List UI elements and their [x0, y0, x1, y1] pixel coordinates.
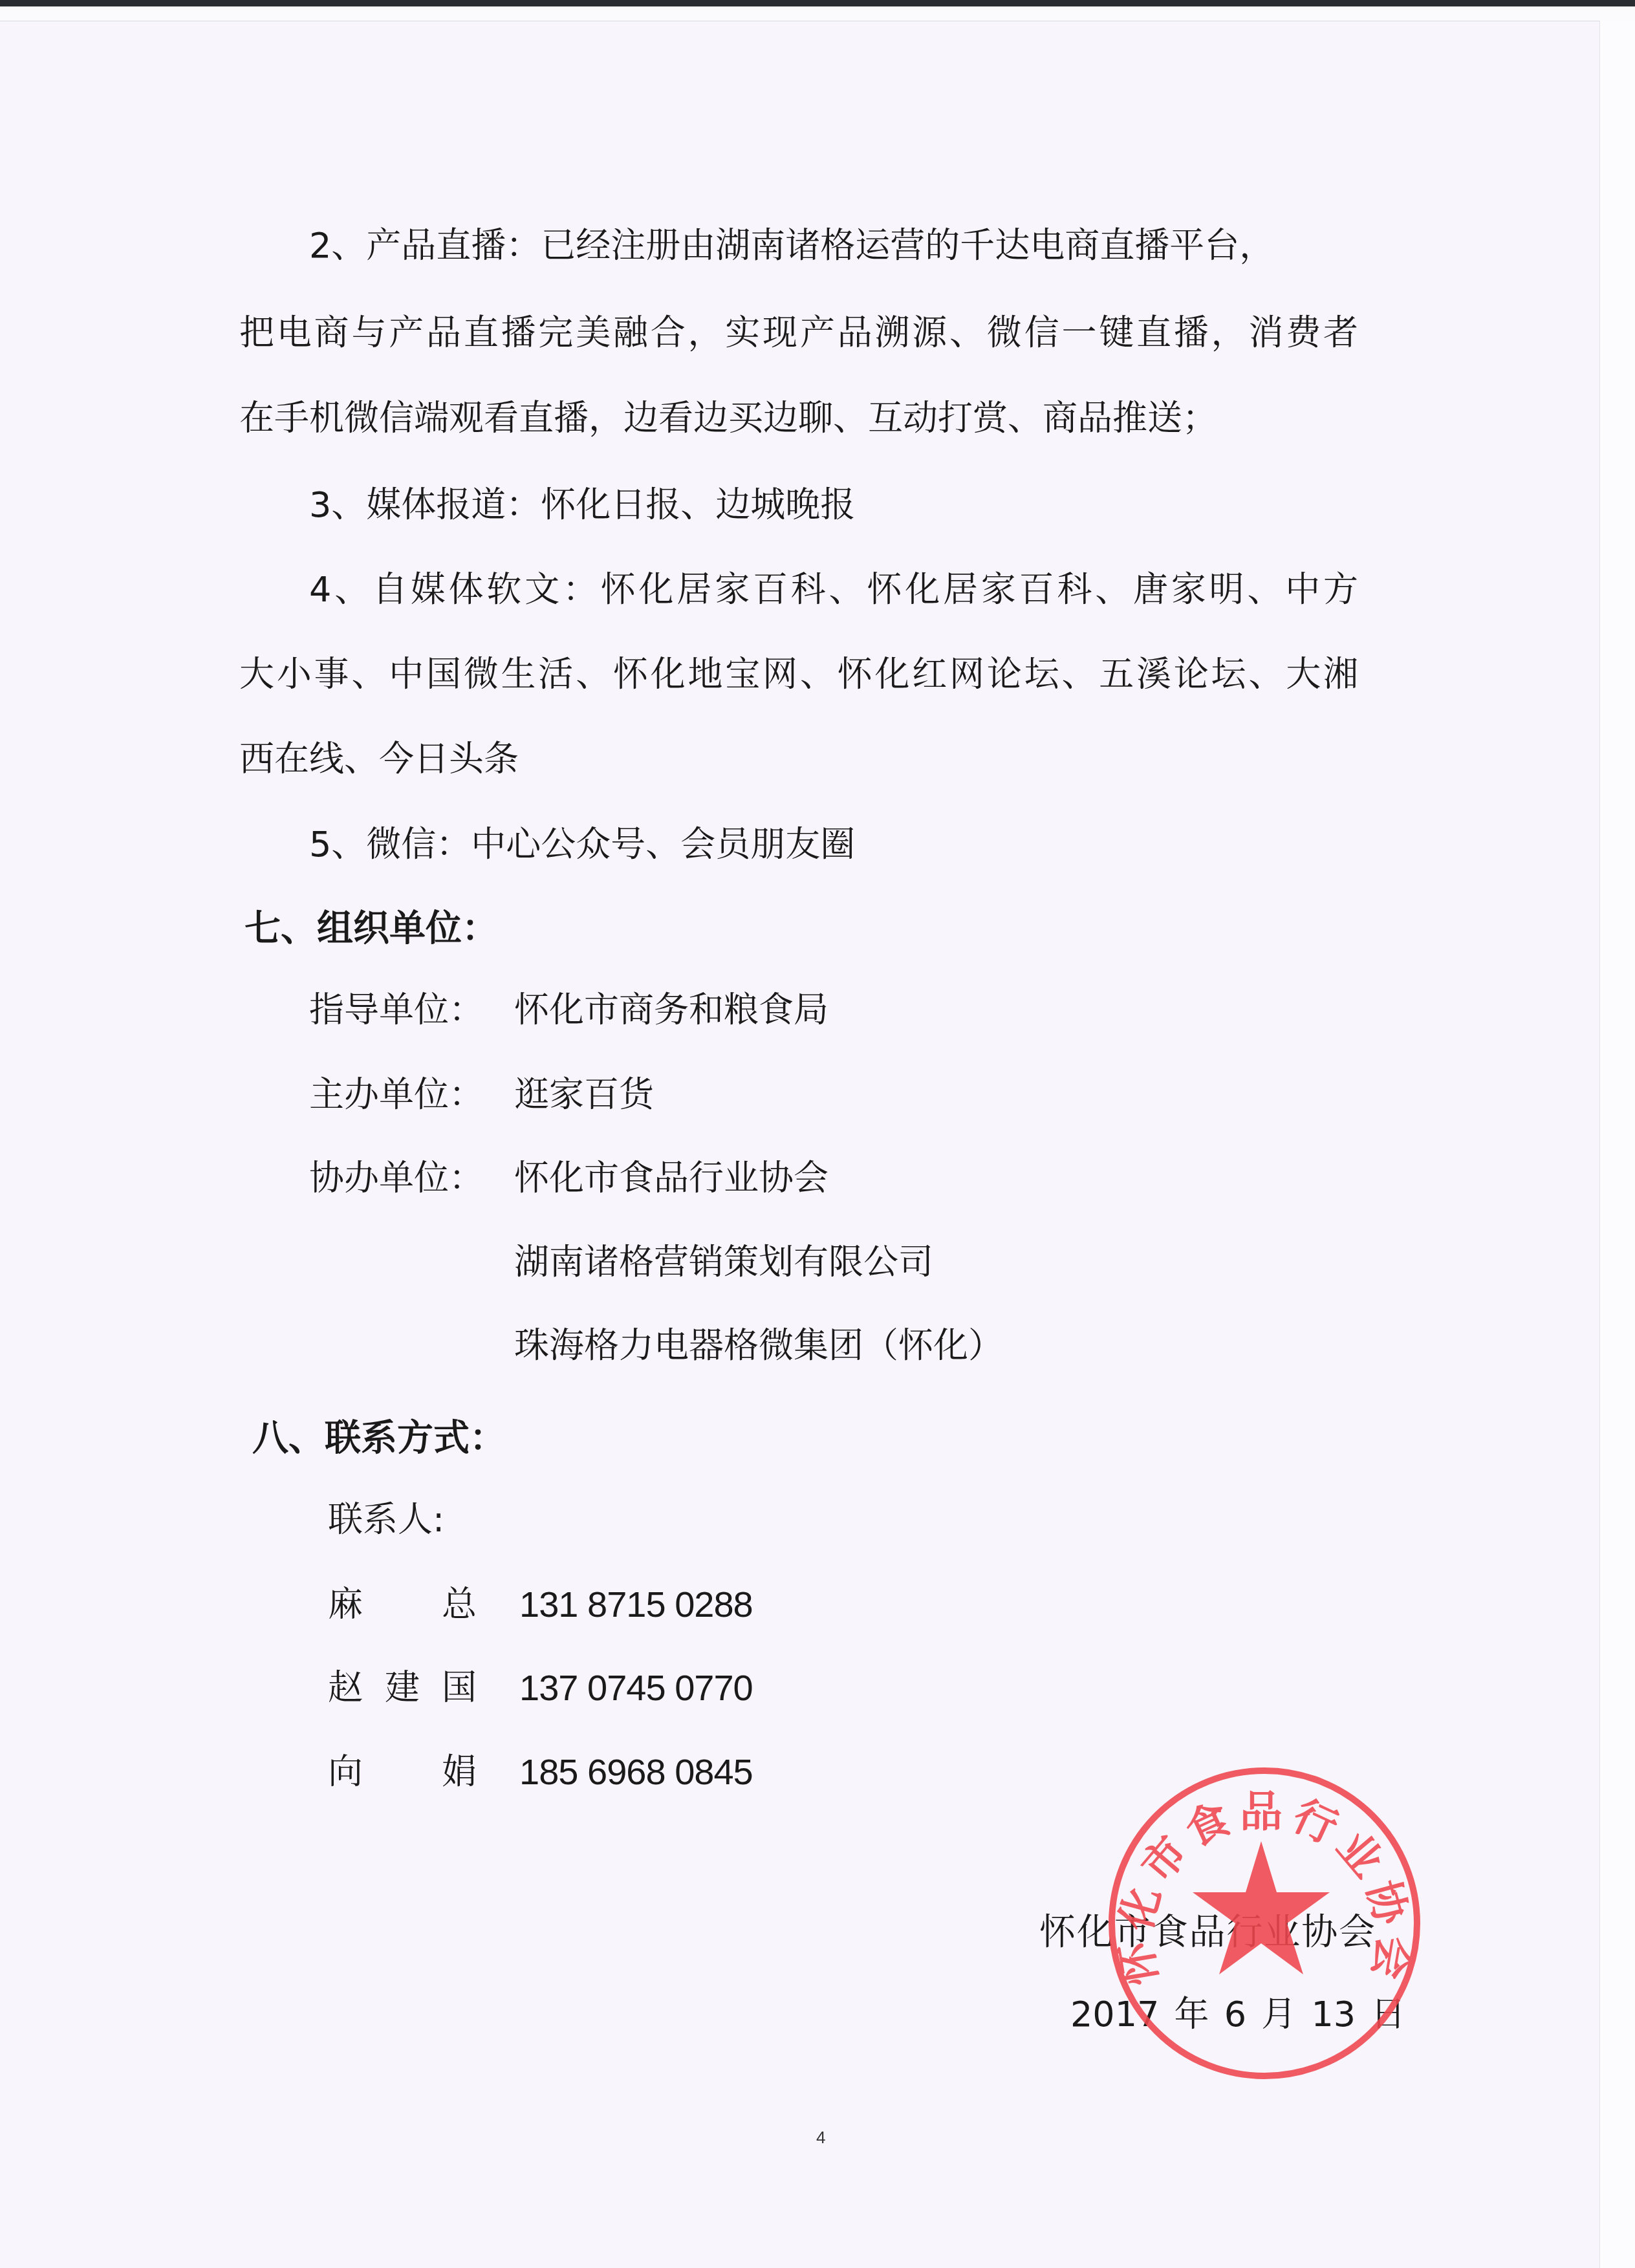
contact-phone: 137 0745 0770	[519, 1665, 753, 1711]
co-unit-value: 珠海格力电器格微集团（怀化）	[514, 1323, 1003, 1368]
item4-line2: 大小事、中国微生活、怀化地宝网、怀化红网论坛、五溪论坛、大湘	[239, 652, 1358, 697]
contacts-label: 联系人:	[328, 1497, 444, 1542]
page-number: 4	[816, 2128, 825, 2148]
signature-date: 2017 年 6 月 13 日	[1070, 1992, 1357, 2037]
item4-line1: 4、自媒体软文：怀化居家百科、怀化居家百科、唐家明、中方	[309, 567, 1358, 612]
contact-name: 赵建国	[328, 1665, 477, 1711]
co-unit-value: 怀化市食品行业协会	[514, 1156, 828, 1201]
host-unit-label: 主办单位：	[309, 1072, 484, 1118]
signature-organization: 怀化市食品行业协会	[1039, 1910, 1375, 1955]
item2-line2: 把电商与产品直播完美融合，实现产品溯源、微信一键直播，消费者	[239, 310, 1358, 356]
contact-phone: 185 6968 0845	[519, 1749, 753, 1795]
item3-media: 3、媒体报道：怀化日报、边城晚报	[309, 482, 855, 528]
document-page: 2、产品直播：已经注册由湖南诸格运营的千达电商直播平台， 把电商与产品直播完美融…	[0, 0, 1635, 2268]
co-unit-value: 湖南诸格营销策划有限公司	[514, 1240, 933, 1285]
item2-line3: 在手机微信端观看直播，边看边买边聊、互动打赏、商品推送；	[239, 396, 1217, 441]
section7-heading: 七、组织单位：	[244, 906, 498, 951]
guide-unit-value: 怀化市商务和粮食局	[514, 988, 828, 1033]
contact-name: 麻总	[328, 1582, 477, 1627]
item2-line1: 2、产品直播：已经注册由湖南诸格运营的千达电商直播平台，	[309, 223, 1274, 268]
guide-unit-label: 指导单位：	[309, 988, 484, 1033]
item4-line3: 西在线、今日头条	[239, 737, 519, 782]
contact-phone: 131 8715 0288	[519, 1582, 753, 1627]
co-unit-label: 协办单位：	[309, 1156, 484, 1201]
host-unit-value: 逛家百货	[514, 1072, 654, 1118]
item5-wechat: 5、微信：中心公众号、会员朋友圈	[309, 822, 855, 867]
contact-name: 向娟	[328, 1749, 477, 1795]
section8-heading: 八、联系方式：	[252, 1416, 506, 1461]
